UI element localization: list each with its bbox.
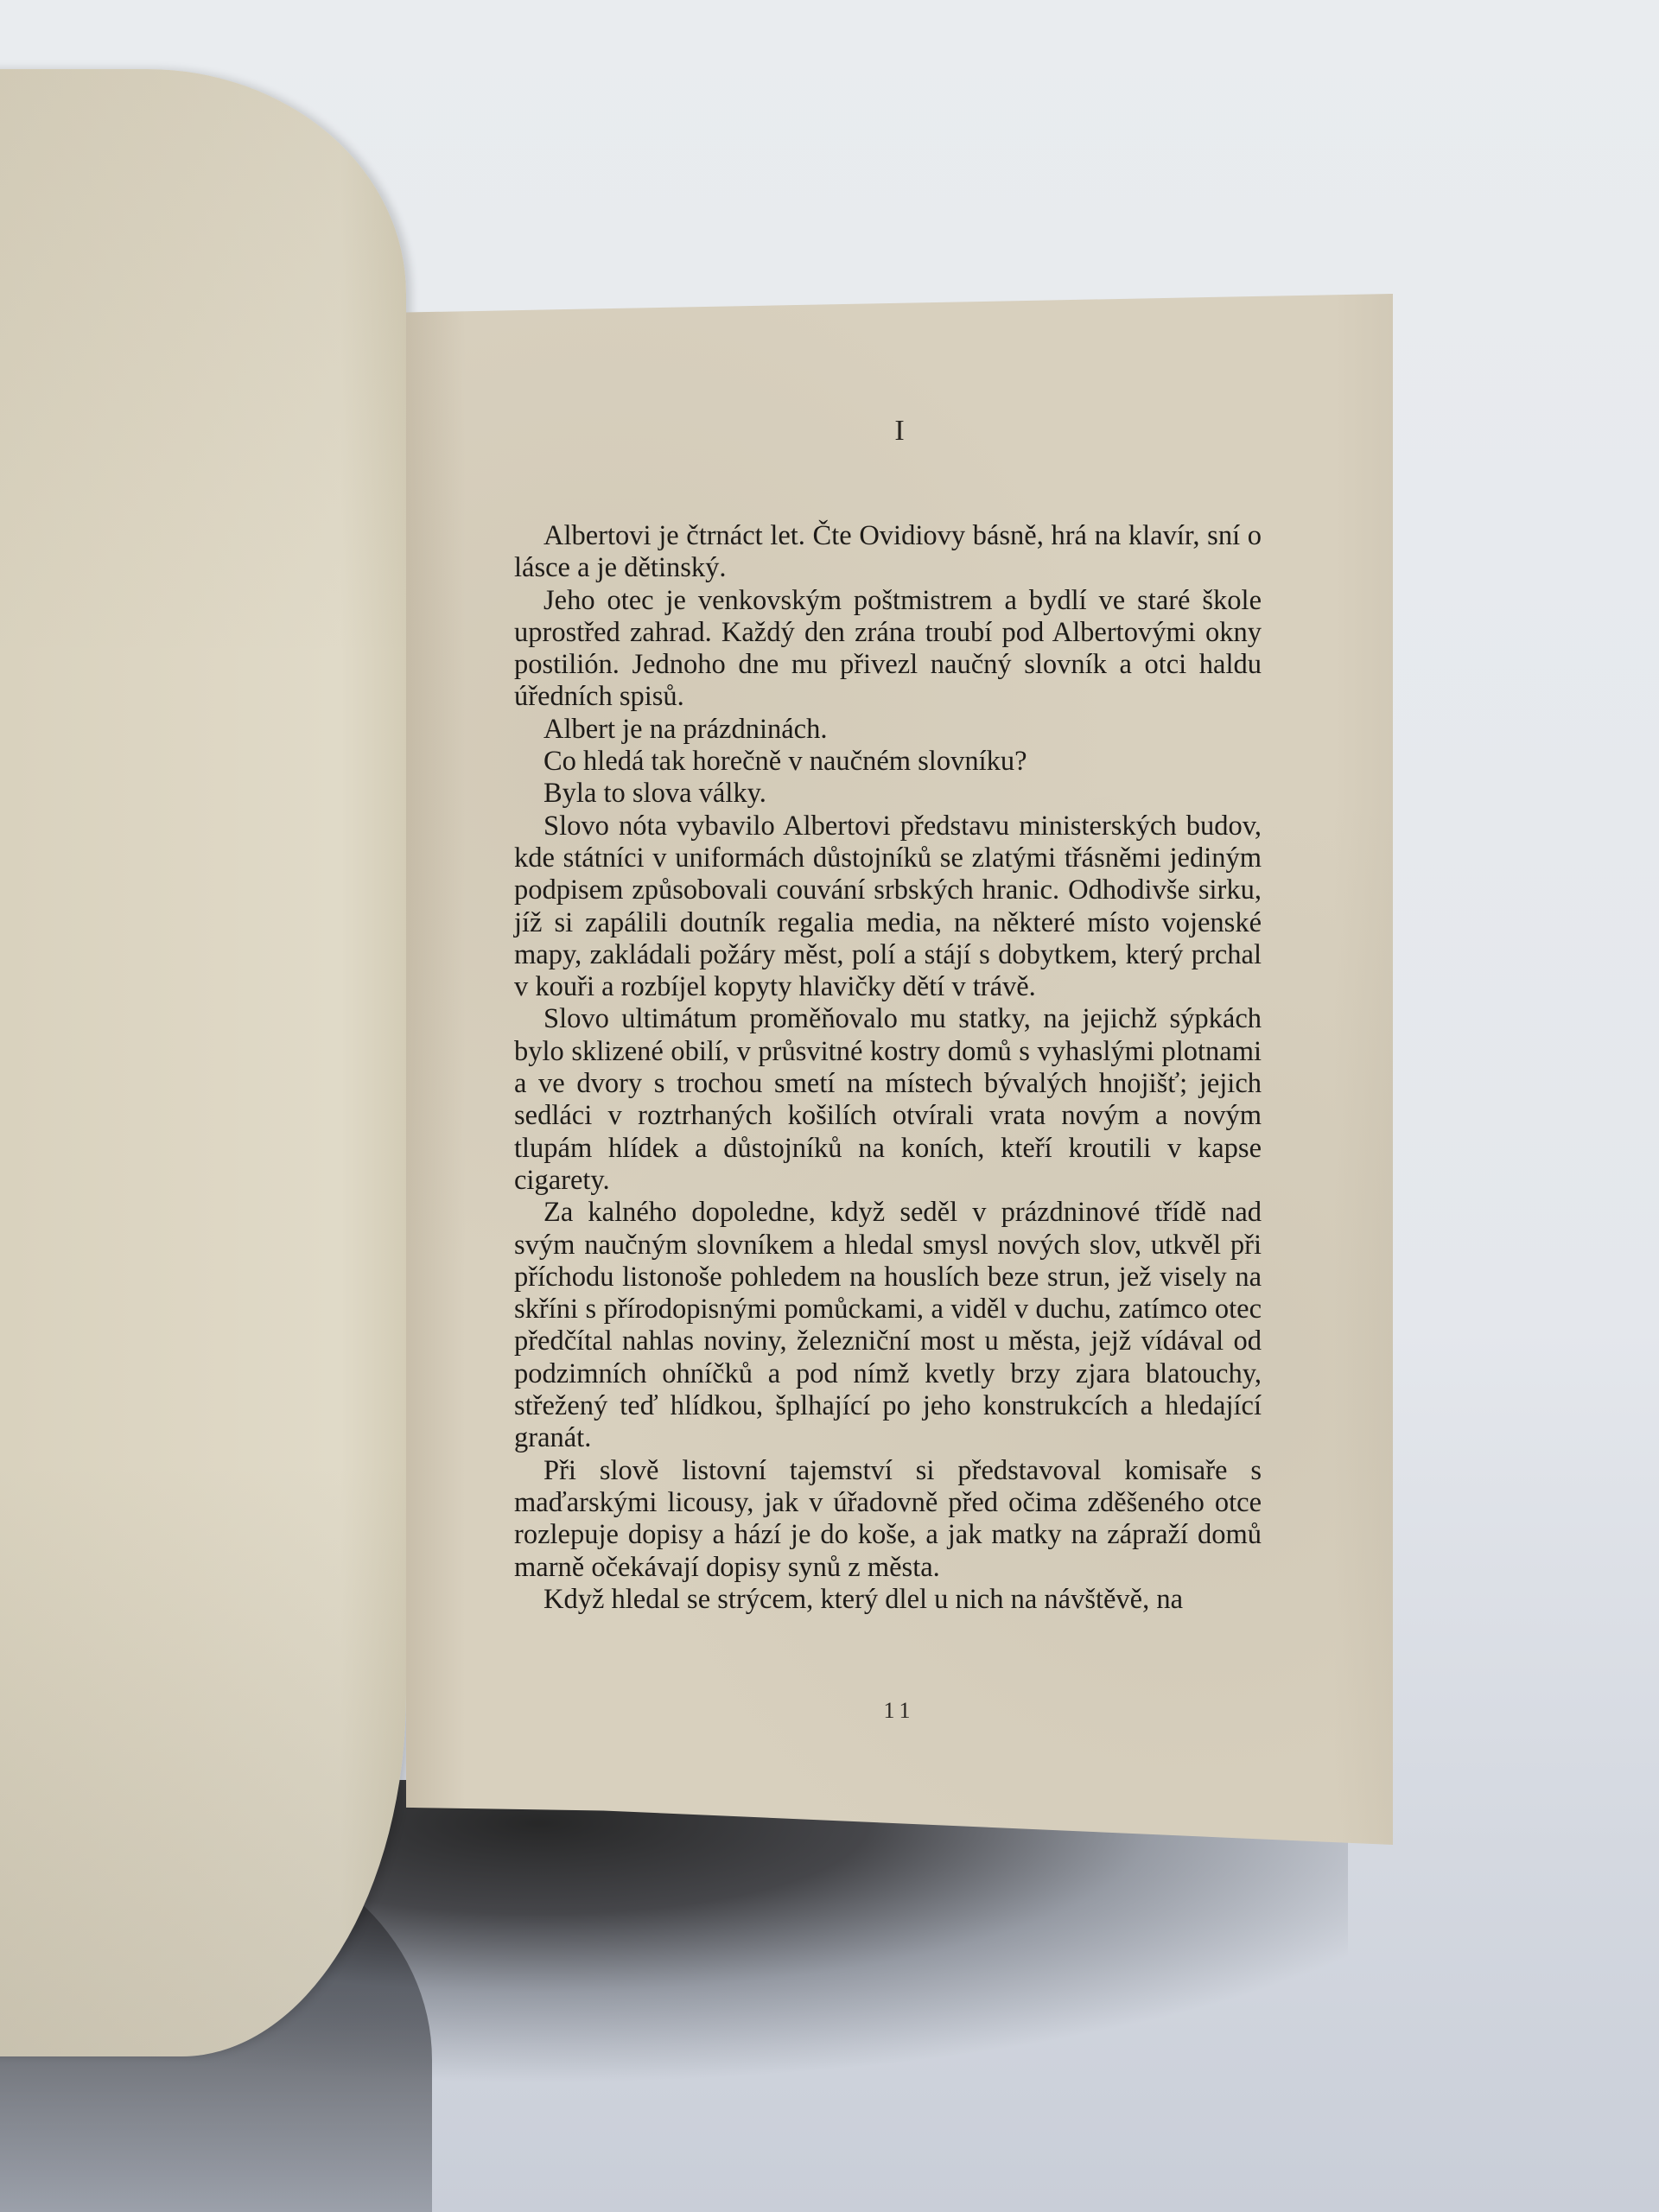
paragraph: Co hledá tak horečně v naučném slovníku? bbox=[514, 746, 1262, 778]
body-text: Albertovi je čtrnáct let. Čte Ovidiovy b… bbox=[514, 520, 1262, 1616]
chapter-number: I bbox=[406, 415, 1393, 448]
paragraph: Byla to slova války. bbox=[514, 778, 1262, 810]
paragraph: Albert je na prázdninách. bbox=[514, 714, 1262, 746]
paragraph: Za kalného dopoledne, když seděl v prázd… bbox=[514, 1197, 1262, 1454]
left-page-curled bbox=[0, 69, 406, 2056]
paragraph: Při slově listovní tajemství si představ… bbox=[514, 1455, 1262, 1584]
right-page: I Albertovi je čtrnáct let. Čte Ovidiovy… bbox=[406, 294, 1393, 1845]
paragraph: Když hledal se strýcem, který dlel u nic… bbox=[514, 1584, 1262, 1616]
paragraph: Albertovi je čtrnáct let. Čte Ovidiovy b… bbox=[514, 520, 1262, 585]
paragraph: Slovo ultimátum proměňovalo mu statky, n… bbox=[514, 1003, 1262, 1197]
paragraph: Jeho otec je venkovským poštmistrem a by… bbox=[514, 585, 1262, 714]
page-number: 11 bbox=[406, 1698, 1393, 1724]
paragraph: Slovo nóta vybavilo Albertovi představu … bbox=[514, 810, 1262, 1004]
